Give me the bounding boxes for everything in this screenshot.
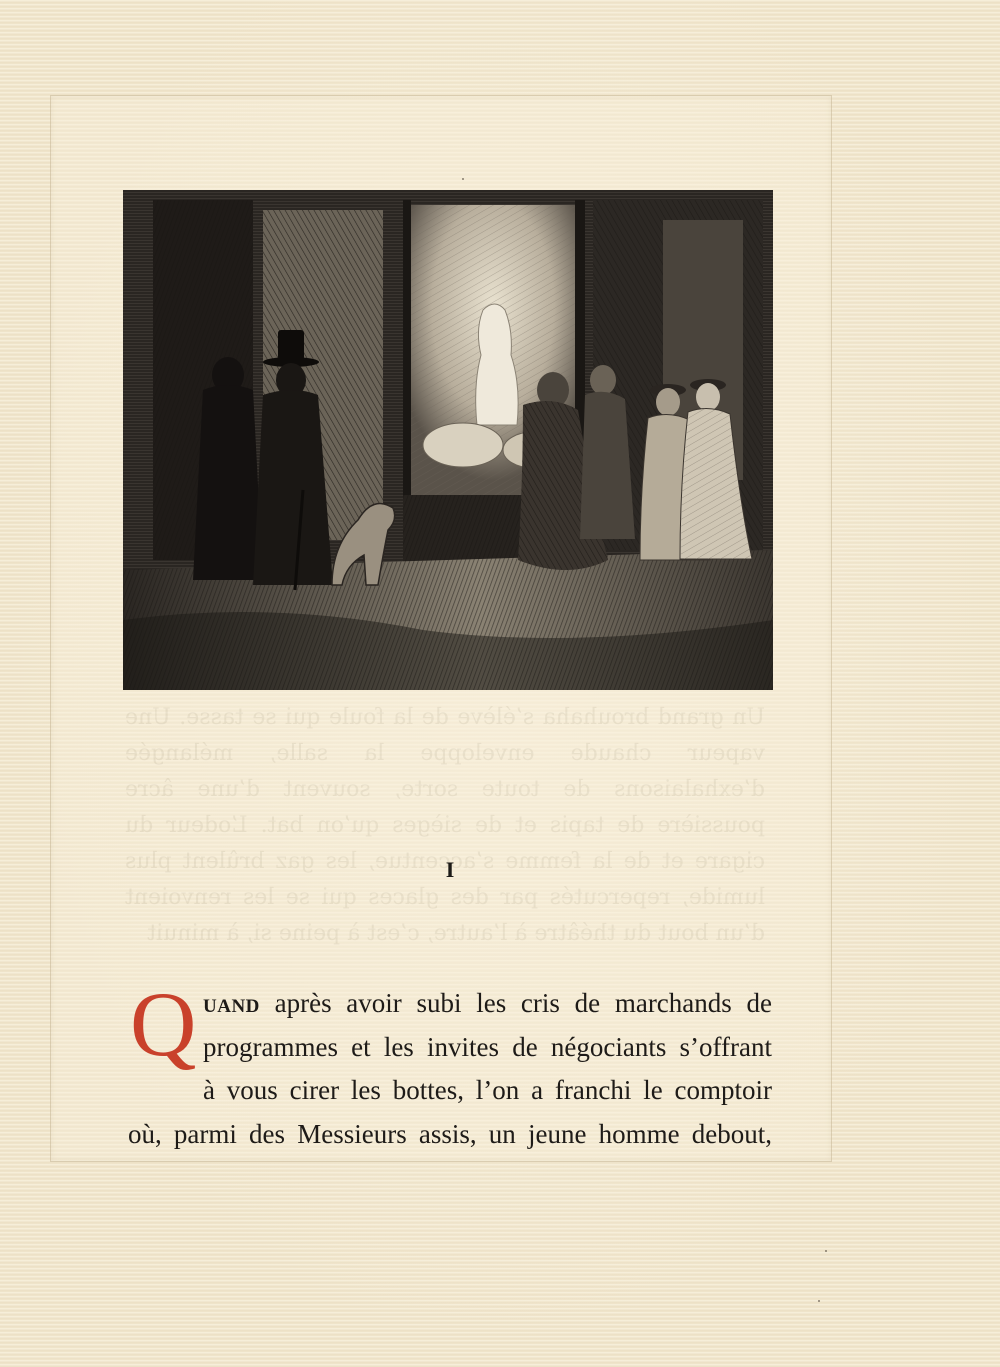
paper-speck — [818, 1300, 820, 1302]
etching-illustration — [123, 190, 773, 690]
street-scene-etching — [123, 190, 773, 690]
text-line-1: uand après avoir subi les cris de marcha… — [128, 982, 772, 1026]
opening-small-caps: uand — [203, 988, 260, 1018]
paper-speck — [825, 1250, 827, 1252]
body-paragraph: uand après avoir subi les cris de marcha… — [128, 982, 772, 1156]
paper-speck — [462, 178, 464, 180]
text-line-4: où, parmi des Messieurs assis, un jeune … — [128, 1113, 772, 1157]
chapter-number: I — [0, 857, 900, 883]
text-line-3: à vous cirer les bottes, l’on a franchi … — [128, 1069, 772, 1113]
text-line-2: programmes et les invites de négociants … — [128, 1026, 772, 1070]
